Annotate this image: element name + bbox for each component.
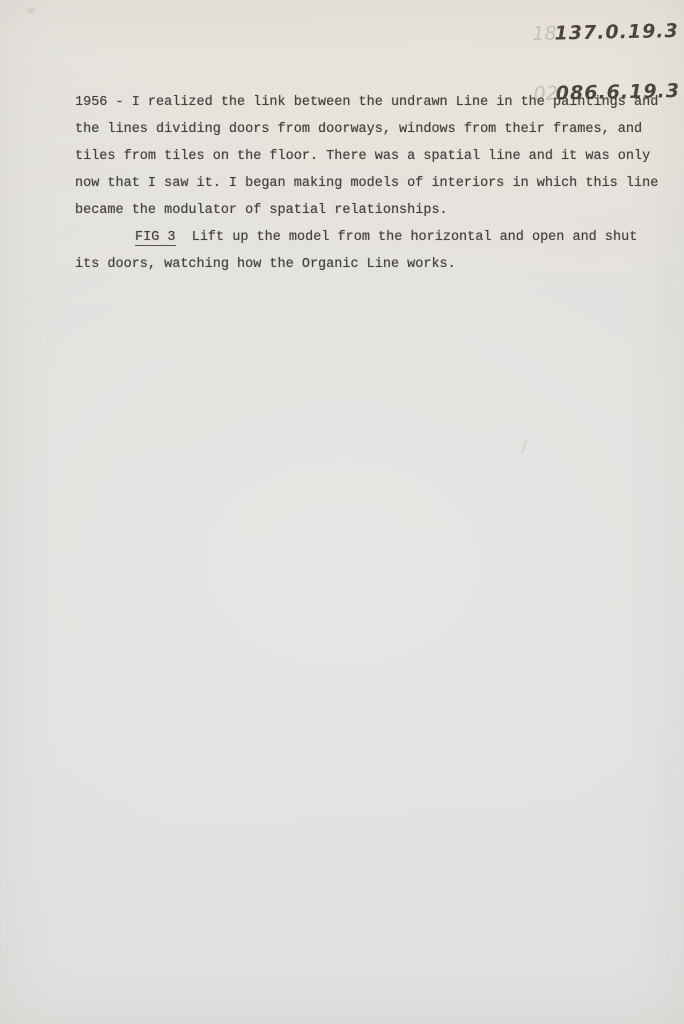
text-line: the lines dividing doors from doorways, … [75,116,675,143]
text-line: now that I saw it. I began making models… [75,170,675,197]
paper-speck [28,8,35,13]
paper-crease-mark [521,440,528,454]
ghost-stamp: 18 [532,23,557,46]
text-line: its doors, watching how the Organic Line… [75,251,675,278]
typewritten-text: 1956 - I realized the link between the u… [75,89,675,278]
archival-code-line: 18137.0.19.3 [486,1,679,65]
fig-caption-text: Lift up the model from the horizontal an… [176,230,638,245]
text-line: tiles from tiles on the floor. There was… [75,143,675,170]
scanned-page: 18137.0.19.3 02086.6.19.3 1956 - I reali… [0,0,684,1024]
text-line-fig: FIG 3 Lift up the model from the horizon… [75,224,675,251]
text-line: became the modulator of spatial relation… [75,197,675,224]
fig-reference-underlined: FIG 3 [135,230,176,246]
handwritten-code: 137.0.19.3 [554,20,679,45]
text-line: 1956 - I realized the link between the u… [75,89,675,116]
